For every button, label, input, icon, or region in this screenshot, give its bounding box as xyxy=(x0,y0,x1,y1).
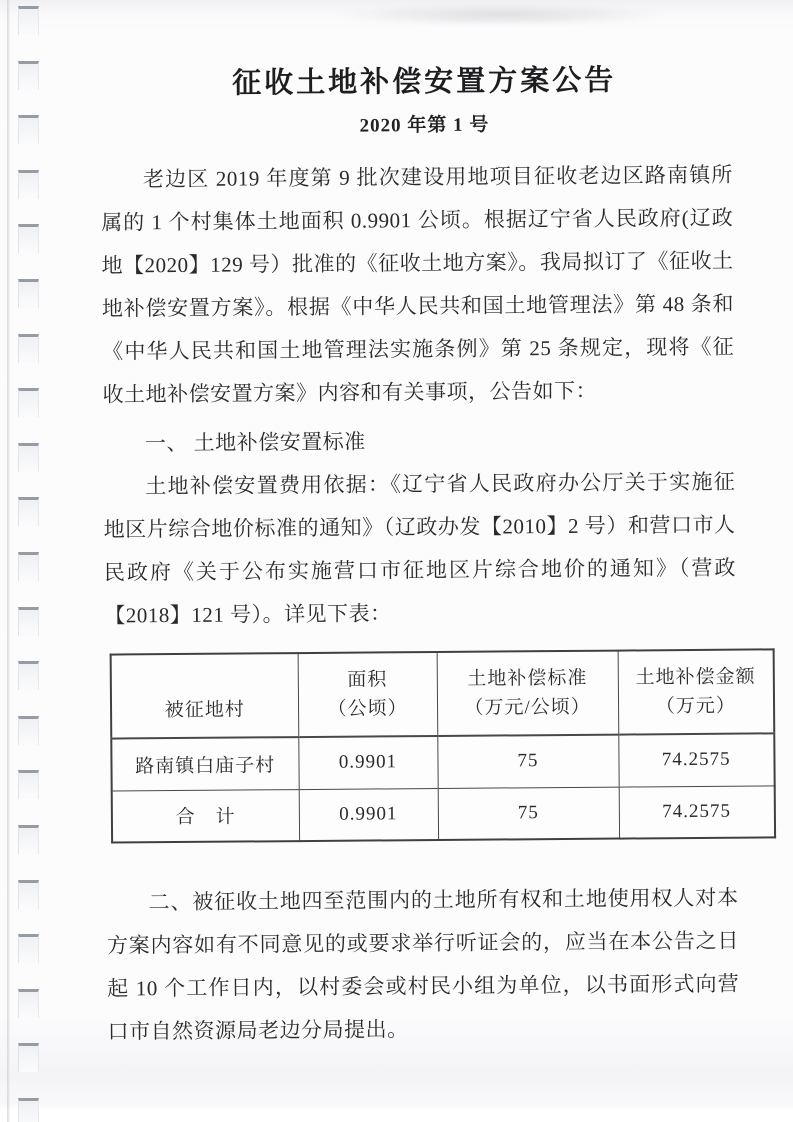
binding-hole xyxy=(18,607,39,636)
cell-village-area: 0.9901 xyxy=(298,736,437,789)
binding-hole xyxy=(18,934,39,963)
binding-hole xyxy=(18,388,39,417)
col-header-village: 被征地村 xyxy=(111,653,299,738)
binding-hole xyxy=(18,989,39,1018)
binding-hole xyxy=(18,6,39,35)
binding-hole xyxy=(18,1098,39,1122)
table-header-row: 被征地村 面积 （公顷） 土地补偿标准 （万元/公顷） 土地补偿金额 （万元） xyxy=(111,649,775,738)
cell-village-standard: 75 xyxy=(437,735,618,788)
binding-hole xyxy=(18,279,39,308)
table-row-village: 路南镇白庙子村 0.9901 75 74.2575 xyxy=(111,733,774,790)
cell-village-name: 路南镇白庙子村 xyxy=(111,737,298,790)
paragraph-objection: 二、被征收土地四至范围内的土地所有权和土地使用权人对本方案内容如有不同意见的或要… xyxy=(106,877,739,1054)
binding-hole xyxy=(18,1043,39,1072)
document-content: 征收土地补偿安置方案公告 2020 年第 1 号 老边区 2019 年度第 9 … xyxy=(100,61,776,1053)
binding-hole xyxy=(18,170,39,199)
compensation-table: 被征地村 面积 （公顷） 土地补偿标准 （万元/公顷） 土地补偿金额 （万元） xyxy=(110,648,776,843)
scanned-page: 征收土地补偿安置方案公告 2020 年第 1 号 老边区 2019 年度第 9 … xyxy=(0,0,793,1122)
binding-holes xyxy=(0,0,60,1122)
binding-hole xyxy=(18,716,39,745)
binding-hole xyxy=(18,443,39,472)
binding-hole xyxy=(18,61,39,90)
binding-hole xyxy=(18,115,39,144)
cell-total-standard: 75 xyxy=(438,787,619,840)
page-title: 征收土地补偿安置方案公告 xyxy=(100,62,748,103)
col-header-amount: 土地补偿金额 （万元） xyxy=(618,649,775,734)
document-number: 2020 年第 1 号 xyxy=(100,111,748,142)
col-header-village-label: 被征地村 xyxy=(112,695,298,725)
binding-hole xyxy=(18,497,39,526)
cell-total-amount: 74.2575 xyxy=(619,785,775,838)
binding-hole xyxy=(18,825,39,854)
binding-hole xyxy=(18,224,39,253)
binding-hole xyxy=(18,552,39,581)
paragraph-basis: 土地补偿安置费用依据：《辽宁省人民政府办公厅关于实施征地区片综合地价标准的通知》… xyxy=(103,461,736,638)
binding-hole xyxy=(18,661,39,690)
cell-total-area: 0.9901 xyxy=(299,788,438,841)
scan-smudge xyxy=(330,4,670,26)
binding-hole xyxy=(18,770,39,799)
section-heading-1: 一、 土地补偿安置标准 xyxy=(103,418,735,466)
cell-village-amount: 74.2575 xyxy=(618,733,774,786)
binding-hole xyxy=(18,334,39,363)
table-row-total: 合 计 0.9901 75 74.2575 xyxy=(112,785,775,842)
col-header-area: 面积 （公顷） xyxy=(298,652,438,737)
binding-hole xyxy=(18,880,39,909)
cell-total-label: 合 计 xyxy=(112,789,299,842)
paragraph-intro: 老边区 2019 年度第 9 批次建设用地项目征收老边区路南镇所属的 1 个村集… xyxy=(101,154,735,417)
col-header-standard: 土地补偿标准 （万元/公顷） xyxy=(437,651,619,736)
